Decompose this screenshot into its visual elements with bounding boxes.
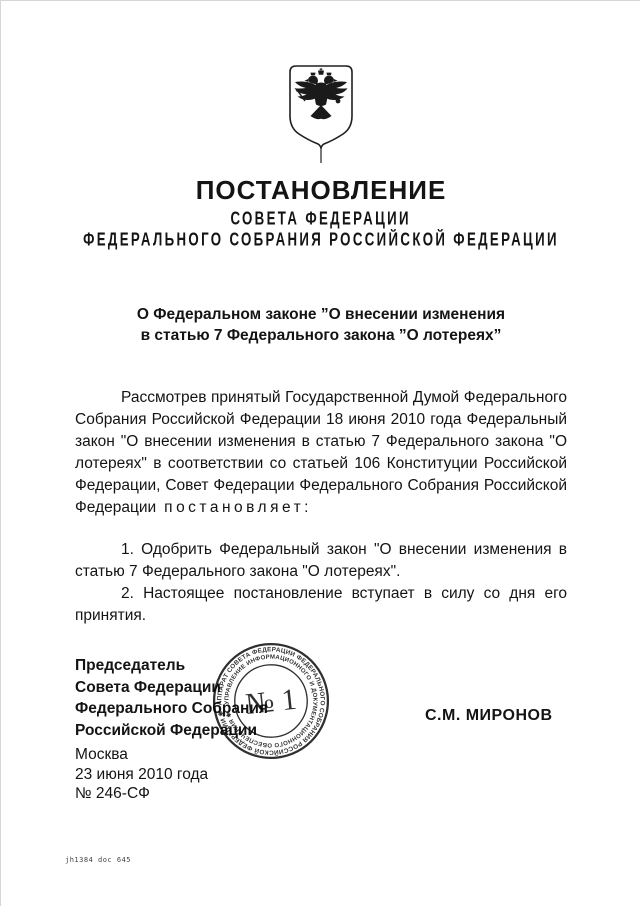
signatory-name: С.М. МИРОНОВ xyxy=(425,707,553,725)
resolution-item-1: 1. Одобрить Федеральный закон "О внесени… xyxy=(75,539,567,583)
resolves-word: постановляет: xyxy=(164,499,312,516)
official-stamp-icon: АППАРАТ СОВЕТА ФЕДЕРАЦИИ ФЕДЕРАЛЬНОГО СО… xyxy=(211,641,331,761)
doc-number: № 246-СФ xyxy=(75,784,208,804)
document-subject: О Федеральном законе ”О внесении изменен… xyxy=(1,304,640,346)
place-date-block: Москва 23 июня 2010 года № 246-СФ xyxy=(75,745,208,804)
subject-line-1: О Федеральном законе ”О внесении изменен… xyxy=(1,304,640,325)
place-city: Москва xyxy=(75,745,208,765)
document-type-title: ПОСТАНОВЛЕНИЕ xyxy=(1,175,640,206)
org-name-line-2: ФЕДЕРАЛЬНОГО СОБРАНИЯ РОССИЙСКОЙ ФЕДЕРАЦ… xyxy=(1,230,640,250)
org-name-line-1-text: СОВЕТА ФЕДЕРАЦИИ xyxy=(231,208,411,230)
stamp-center-number: № 1 xyxy=(244,683,298,721)
doc-date: 23 июня 2010 года xyxy=(75,765,208,785)
preamble-paragraph: Рассмотрев принятый Государственной Думо… xyxy=(75,387,567,519)
footer-file-ref: jh1384 doc 645 xyxy=(65,856,131,864)
org-name-line-1: СОВЕТА ФЕДЕРАЦИИ xyxy=(1,209,640,229)
resolution-item-2: 2. Настоящее постановление вступает в си… xyxy=(75,583,567,627)
coat-of-arms-icon xyxy=(287,63,355,165)
preamble-text: Рассмотрев принятый Государственной Думо… xyxy=(75,389,567,516)
subject-line-2: в статью 7 Федерального закона ”О лотере… xyxy=(1,325,640,346)
org-name-line-2-text: ФЕДЕРАЛЬНОГО СОБРАНИЯ РОССИЙСКОЙ ФЕДЕРАЦ… xyxy=(83,229,559,251)
document-page: ПОСТАНОВЛЕНИЕ СОВЕТА ФЕДЕРАЦИИ ФЕДЕРАЛЬН… xyxy=(0,0,640,906)
document-body: Рассмотрев принятый Государственной Думо… xyxy=(75,387,567,627)
